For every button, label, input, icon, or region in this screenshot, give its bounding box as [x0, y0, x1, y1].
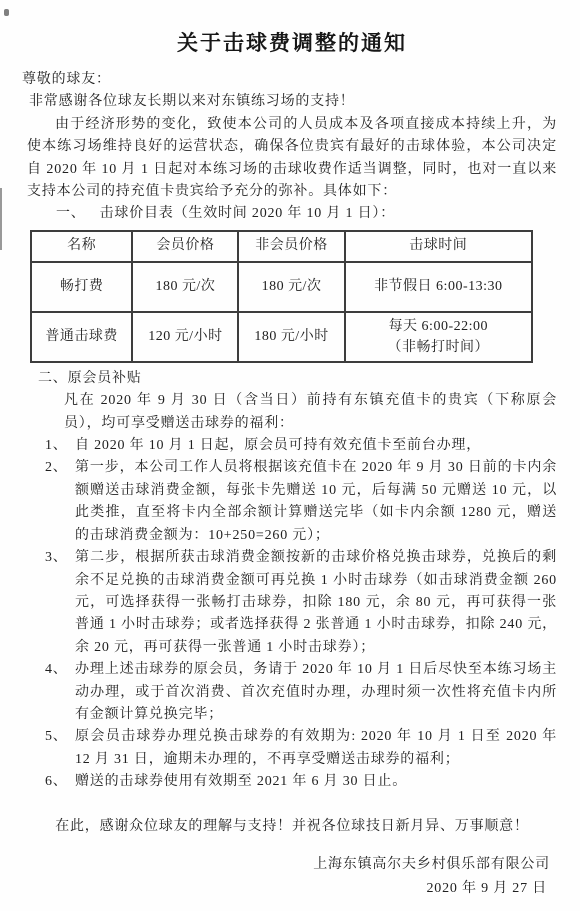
- list-item-number: 2、: [45, 457, 68, 479]
- list-item-text: 办理上述击球券的原会员，务请于 2020 年 10 月 1 日后尽快至本练习场主…: [75, 662, 557, 722]
- signature-date: 2020 年 9 月 27 日: [27, 878, 547, 900]
- list-item-3: 3、 第二步，根据所获击球消费金额按新的击球价格兑换击球券，兑换后的剩余不足兑换…: [27, 547, 557, 659]
- cell-member-price: 180 元/次: [132, 262, 238, 312]
- section2-heading: 二、原会员补贴: [38, 368, 557, 390]
- column-header-name: 名称: [31, 231, 132, 262]
- signature-block: 上海东镇高尔夫乡村俱乐部有限公司 2020 年 9 月 27 日: [27, 854, 557, 901]
- list-item-number: 1、: [45, 435, 68, 457]
- list-item-4: 4、 办理上述击球券的原会员，务请于 2020 年 10 月 1 日后尽快至本练…: [27, 659, 557, 726]
- cell-fee-name: 畅打费: [31, 262, 132, 312]
- closing-line: 在此，感谢众位球友的理解与支持！并祝各位球技日新月异、万事顺意！: [27, 816, 557, 838]
- list-item-text: 第一步，本公司工作人员将根据该充值卡在 2020 年 9 月 30 日前的卡内余…: [75, 460, 557, 542]
- section2-intro: 凡在 2020 年 9 月 30 日（含当日）前持有东镇充值卡的贵宾（下称原会员…: [64, 390, 557, 435]
- column-header-play-time: 击球时间: [345, 231, 532, 262]
- cell-nonmember-price: 180 元/次: [238, 262, 344, 312]
- price-table: 名称 会员价格 非会员价格 击球时间 畅打费 180 元/次 180 元/次 非…: [30, 230, 533, 363]
- table-row: 畅打费 180 元/次 180 元/次 非节假日 6:00-13:30: [31, 262, 532, 312]
- list-item-text: 第二步，根据所获击球消费金额按新的击球价格兑换击球券，兑换后的剩余不足兑换的击球…: [75, 550, 557, 655]
- column-header-member-price: 会员价格: [132, 231, 238, 262]
- scan-artifact: [0, 188, 2, 250]
- list-item-number: 5、: [45, 726, 68, 748]
- list-item-number: 3、: [45, 547, 68, 569]
- notice-document: 关于击球费调整的通知 尊敬的球友： 非常感谢各位球友长期以来对东镇练习场的支持！…: [0, 0, 580, 911]
- list-item-5: 5、 原会员击球券办理兑换击球券的有效期为: 2020 年 10 月 1 日至 …: [27, 726, 557, 771]
- cell-play-time: 非节假日 6:00-13:30: [345, 262, 532, 312]
- salutation: 尊敬的球友：: [22, 69, 557, 91]
- section1-number: 一、: [56, 206, 86, 221]
- list-item-number: 4、: [45, 659, 68, 681]
- list-item-number: 6、: [45, 771, 68, 793]
- thanks-line: 非常感谢各位球友长期以来对东镇练习场的支持！: [29, 91, 557, 113]
- play-time-line: 非节假日 6:00-13:30: [348, 276, 529, 297]
- column-header-nonmember-price: 非会员价格: [238, 231, 344, 262]
- company-name: 上海东镇高尔夫乡村俱乐部有限公司: [27, 854, 550, 876]
- list-item-1: 1、 自 2020 年 10 月 1 日起，原会员可持有效充值卡至前台办理，: [27, 435, 557, 457]
- table-row: 普通击球费 120 元/小时 180 元/小时 每天 6:00-22:00 （非…: [31, 312, 532, 362]
- list-item-6: 6、 赠送的击球券使用有效期至 2021 年 6 月 30 日止。: [27, 771, 557, 793]
- scan-artifact: [4, 9, 9, 16]
- cell-nonmember-price: 180 元/小时: [238, 312, 344, 362]
- cell-member-price: 120 元/小时: [132, 312, 238, 362]
- cell-play-time: 每天 6:00-22:00 （非畅打时间）: [345, 312, 532, 362]
- play-time-line: 每天 6:00-22:00: [348, 316, 529, 337]
- document-title: 关于击球费调整的通知: [27, 30, 557, 57]
- section1-heading: 一、击球价目表（生效时间 2020 年 10 月 1 日）：: [56, 203, 557, 225]
- list-item-text: 赠送的击球券使用有效期至 2021 年 6 月 30 日止。: [75, 774, 407, 789]
- list-item-text: 原会员击球券办理兑换击球券的有效期为: 2020 年 10 月 1 日至 202…: [75, 729, 557, 766]
- play-time-line: （非畅打时间）: [348, 337, 529, 358]
- list-item-2: 2、 第一步，本公司工作人员将根据该充值卡在 2020 年 9 月 30 日前的…: [27, 457, 557, 547]
- section1-title: 击球价目表（生效时间 2020 年 10 月 1 日）：: [100, 206, 395, 221]
- cell-fee-name: 普通击球费: [31, 312, 132, 362]
- intro-paragraph: 由于经济形势的变化，致使本公司的人员成本及各项直接成本持续上升，为使本练习场维持…: [27, 114, 557, 204]
- table-header-row: 名称 会员价格 非会员价格 击球时间: [31, 231, 532, 262]
- list-item-text: 自 2020 年 10 月 1 日起，原会员可持有效充值卡至前台办理，: [75, 438, 481, 453]
